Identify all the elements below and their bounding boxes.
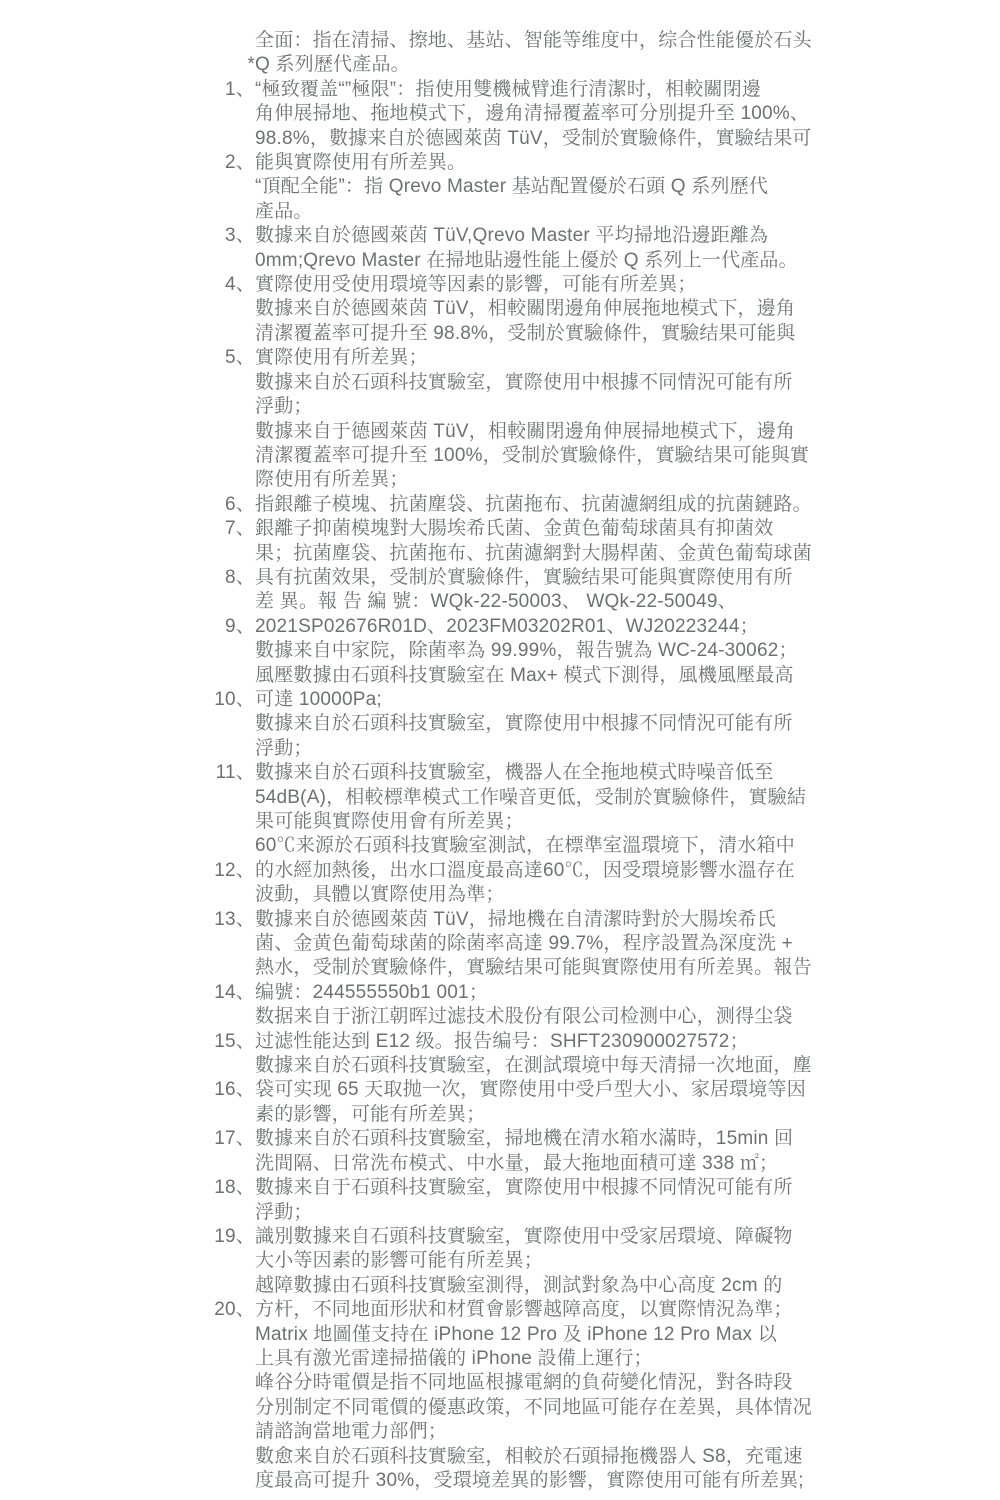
list-line: Matrix 地圖僅支持在 iPhone 12 Pro 及 iPhone 12 … [0,1323,1000,1347]
list-line-text: 60℃来源於石頭科技實驗室測試，在標準室溫環境下，清水箱中 [255,834,1000,858]
list-line: 17、數據来自於石頭科技實驗室，掃地機在清水箱水滿時，15min 回 [0,1127,1000,1151]
list-line: 1、“極致覆盖“”極限”：指使用雙機械臂進行清潔时，相較關閉邊 [0,78,1000,102]
list-marker: * [0,53,255,77]
list-line: 0mm;Qrevo Master 在掃地貼邊性能上優於 Q 系列上一代產品。 [0,249,1000,273]
list-line-text: 方杆，不同地面形狀和材質會影響越障高度，以實際情況為準； [255,1298,1000,1322]
list-line-text: 度最高可提升 30%，受環境差異的影響，實際使用可能有所差異; [255,1469,1000,1493]
list-line-text: 果可能與實際使用會有所差異； [255,810,1000,834]
list-line: 風壓數據由石頭科技實驗室在 Max+ 模式下測得，風機風壓最高 [0,664,1000,688]
list-line-text: 銀離子抑菌模塊對大腸埃希氏菌、金黄色葡萄球菌具有抑菌效 [255,517,1000,541]
list-line: 18、數據来自于石頭科技實驗室，實際使用中根據不同情況可能有所 [0,1176,1000,1200]
list-line: 12、的水經加熱後，出水口溫度最高達60℃，因受環境影響水溫存在 [0,859,1000,883]
list-line: 際使用有所差異； [0,468,1000,492]
list-marker: 10、 [0,688,255,712]
list-line-text: 數據来自於石頭科技實驗室，實際使用中根據不同情況可能有所 [255,712,1000,736]
list-line-text: 實際使用受使用環境等因素的影響，可能有所差異； [255,273,1000,297]
list-marker: 6、 [0,493,255,517]
list-marker: 8、 [0,566,255,590]
list-line: 20、方杆，不同地面形狀和材質會影響越障高度，以實際情況為準； [0,1298,1000,1322]
list-line: 清潔覆蓋率可提升至 98.8%，受制於實驗條件，實驗结果可能與 [0,322,1000,346]
list-line-text: 可達 10000Pa; [255,688,1000,712]
list-line: 波動，具體以實際使用為準； [0,883,1000,907]
list-line: 大小等因素的影響可能有所差異； [0,1249,1000,1273]
list-marker: 1、 [0,78,255,102]
list-line: 數據来自中家院，除菌率為 99.99%，報告號為 WC-24-30062； [0,639,1000,663]
list-line: 產品。 [0,200,1000,224]
list-line: 60℃来源於石頭科技實驗室測試，在標準室溫環境下，清水箱中 [0,834,1000,858]
list-marker: 15、 [0,1030,255,1054]
list-line: 14、编號：244555550b1 001； [0,981,1000,1005]
list-line-text: 数据来自于浙江朝晖过滤技术股份有限公司检测中心，测得尘袋 [255,1005,1000,1029]
list-line: 98.8%，數據来自於德國萊茵 TüV，受制於實驗條件，實驗结果可 [0,127,1000,151]
list-line: 11、數據来自於石頭科技實驗室，機器人在全拖地模式時噪音低至 [0,761,1000,785]
list-line-text: 識別數據来自石頭科技實驗室，實際使用中受家居環境、障礙物 [255,1225,1000,1249]
list-line-text: 請諮詢當地電力部們； [255,1420,1000,1444]
list-line-text: “極致覆盖“”極限”：指使用雙機械臂進行清潔时，相較關閉邊 [255,78,1000,102]
list-line: *Q 系列歷代產品。 [0,53,1000,77]
list-line: 13、數據来自於德國萊茵 TüV，掃地機在自清潔時對於大腸埃希氏 [0,908,1000,932]
list-line: 4、實際使用受使用環境等因素的影響，可能有所差異； [0,273,1000,297]
list-line: 請諮詢當地電力部們； [0,1420,1000,1444]
list-line: 19、識別數據来自石頭科技實驗室，實際使用中受家居環境、障礙物 [0,1225,1000,1249]
list-marker: 19、 [0,1225,255,1249]
list-marker: 20、 [0,1298,255,1322]
list-line-text: 上具有激光雷達掃描儀的 iPhone 設備上運行； [255,1347,1000,1371]
list-line-text: 波動，具體以實際使用為準； [255,883,1000,907]
list-line: 7、銀離子抑菌模塊對大腸埃希氏菌、金黄色葡萄球菌具有抑菌效 [0,517,1000,541]
list-marker: 11、 [0,761,255,785]
list-line: 浮動； [0,737,1000,761]
list-line-text: 果；抗菌塵袋、抗菌拖布、抗菌濾網對大腸桿菌、金黄色葡萄球菌 [255,542,1000,566]
list-line: 浮動； [0,1201,1000,1225]
list-line-text: 數據来自於德國萊茵 TüV，相較關閉邊角伸展拖地模式下，邊角 [255,297,1000,321]
list-line-text: 浮動； [255,395,1000,419]
list-marker: 17、 [0,1127,255,1151]
list-line-text: 浮動； [255,1201,1000,1225]
list-marker: 18、 [0,1176,255,1200]
list-line-text: 數據来自於石頭科技實驗室，在測試環境中每天清掃一次地面，塵 [255,1054,1000,1078]
list-line-text: 數據来自於德國萊茵 TüV，掃地機在自清潔時對於大腸埃希氏 [255,908,1000,932]
list-line-text: 數據来自於石頭科技實驗室，實際使用中根據不同情況可能有所 [255,371,1000,395]
list-line: 果；抗菌塵袋、抗菌拖布、抗菌濾網對大腸桿菌、金黄色葡萄球菌 [0,542,1000,566]
list-line: 15、过滤性能达到 E12 级。报告编号：SHFT230900027572； [0,1030,1000,1054]
list-line-text: 數據来自於石頭科技實驗室，掃地機在清水箱水滿時，15min 回 [255,1127,1000,1151]
list-marker: 3、 [0,224,255,248]
list-line: 16、袋可实现 65 天取抛一次，實際使用中受戶型大小、家居環境等因 [0,1078,1000,1102]
list-line-text: 差 異。報 告 編 號：WQk-22-50003、 WQk-22-50049、 [255,590,1000,614]
list-line-text: 全面：指在清掃、擦地、基站、智能等维度中，综合性能優於石头 [255,29,1000,53]
list-line: 素的影響，可能有所差異； [0,1103,1000,1127]
list-line: 角伸展掃地、拖地模式下，邊角清掃覆蓋率可分別提升至 100%、 [0,102,1000,126]
list-line: 數據来自于德國萊茵 TüV，相較關閉邊角伸展掃地模式下，邊角 [0,420,1000,444]
list-line-text: 2021SP02676R01D、2023FM03202R01、WJ2022324… [255,615,1000,639]
list-line-text: 風壓數據由石頭科技實驗室在 Max+ 模式下測得，風機風壓最高 [255,664,1000,688]
list-line-text: 數據来自中家院，除菌率為 99.99%，報告號為 WC-24-30062； [255,639,1000,663]
list-line: 9、2021SP02676R01D、2023FM03202R01、WJ20223… [0,615,1000,639]
list-line-text: 菌、金黄色葡萄球菌的除菌率高達 99.7%，程序設置為深度洗 + [255,932,1000,956]
list-line: 54dB(A)，相較標準模式工作噪音更低，受制於實驗條件，實驗結 [0,786,1000,810]
list-line: 果可能與實際使用會有所差異； [0,810,1000,834]
list-line-text: 實際使用有所差異； [255,346,1000,370]
list-line: 差 異。報 告 編 號：WQk-22-50003、 WQk-22-50049、 [0,590,1000,614]
list-line-text: 分別制定不同電價的優惠政策，不同地區可能存在差異，具体情况 [255,1396,1000,1420]
list-marker: 5、 [0,346,255,370]
list-line: 數愈来自於石頭科技實驗室，相較於石頭掃拖機器人 S8，充電速 [0,1445,1000,1469]
list-line-text: 编號：244555550b1 001； [255,981,1000,1005]
list-line-text: 袋可实现 65 天取抛一次，實際使用中受戶型大小、家居環境等因 [255,1078,1000,1102]
list-line-text: Matrix 地圖僅支持在 iPhone 12 Pro 及 iPhone 12 … [255,1323,1000,1347]
list-line-text: 數據来自于石頭科技實驗室，實際使用中根據不同情況可能有所 [255,1176,1000,1200]
list-marker: 16、 [0,1078,255,1102]
disclaimer-list: 全面：指在清掃、擦地、基站、智能等维度中，综合性能優於石头*Q 系列歷代產品。1… [0,29,1000,1493]
list-line-text: 熱水，受制於實驗條件，實驗结果可能與實際使用有所差異。報告 [255,956,1000,980]
list-line-text: 清潔覆蓋率可提升至 100%，受制於實驗條件，實驗结果可能與實 [255,444,1000,468]
list-line: 2、能與實際使用有所差異。 [0,151,1000,175]
list-line: 分別制定不同電價的優惠政策，不同地區可能存在差異，具体情况 [0,1396,1000,1420]
list-line: 3、數據来自於德國萊茵 TüV,Qrevo Master 平均掃地沿邊距離為 [0,224,1000,248]
list-line-text: 清潔覆蓋率可提升至 98.8%，受制於實驗條件，實驗结果可能與 [255,322,1000,346]
list-line-text: 角伸展掃地、拖地模式下，邊角清掃覆蓋率可分別提升至 100%、 [255,102,1000,126]
list-line-text: 指銀離子模塊、抗菌塵袋、抗菌拖布、抗菌濾網组成的抗菌鏈路。 [255,493,1000,517]
list-line-text: 过滤性能达到 E12 级。报告编号：SHFT230900027572； [255,1030,1000,1054]
list-line-text: 54dB(A)，相較標準模式工作噪音更低，受制於實驗條件，實驗結 [255,786,1000,810]
list-line-text: “頂配全能”：指 Qrevo Master 基站配置優於石頭 Q 系列歷代 [255,175,1000,199]
list-line-text: 具有抗菌效果，受制於實驗條件，實驗结果可能與實際使用有所 [255,566,1000,590]
list-line-text: 數據来自于德國萊茵 TüV，相較關閉邊角伸展掃地模式下，邊角 [255,420,1000,444]
list-line-text: 素的影響，可能有所差異； [255,1103,1000,1127]
list-line: 上具有激光雷達掃描儀的 iPhone 設備上運行； [0,1347,1000,1371]
list-marker: 12、 [0,859,255,883]
list-line-text: 98.8%，數據来自於德國萊茵 TüV，受制於實驗條件，實驗结果可 [255,127,1000,151]
list-line: 越障數據由石頭科技實驗室測得，測試對象為中心高度 2cm 的 [0,1274,1000,1298]
list-line: 洗間隔、日常洗布模式、中水量，最大拖地面積可達 338 ㎡； [0,1152,1000,1176]
list-line: 數據来自於石頭科技實驗室，在測試環境中每天清掃一次地面，塵 [0,1054,1000,1078]
list-marker: 9、 [0,615,255,639]
list-line-text: 的水經加熱後，出水口溫度最高達60℃，因受環境影響水溫存在 [255,859,1000,883]
list-marker: 4、 [0,273,255,297]
list-line-text: 越障數據由石頭科技實驗室測得，測試對象為中心高度 2cm 的 [255,1274,1000,1298]
list-line: 浮動； [0,395,1000,419]
list-line: 10、可達 10000Pa; [0,688,1000,712]
list-marker: 14、 [0,981,255,1005]
list-line-text: 能與實際使用有所差異。 [255,151,1000,175]
list-line: 清潔覆蓋率可提升至 100%，受制於實驗條件，實驗结果可能與實 [0,444,1000,468]
list-line: 全面：指在清掃、擦地、基站、智能等维度中，综合性能優於石头 [0,29,1000,53]
list-line-text: 0mm;Qrevo Master 在掃地貼邊性能上優於 Q 系列上一代產品。 [255,249,1000,273]
list-line-text: 大小等因素的影響可能有所差異； [255,1249,1000,1273]
list-marker: 2、 [0,151,255,175]
list-marker: 7、 [0,517,255,541]
list-line: 6、指銀離子模塊、抗菌塵袋、抗菌拖布、抗菌濾網组成的抗菌鏈路。 [0,493,1000,517]
list-line: 數據来自於石頭科技實驗室，實際使用中根據不同情況可能有所 [0,712,1000,736]
list-line: 5、實際使用有所差異； [0,346,1000,370]
list-line: 數據来自於德國萊茵 TüV，相較關閉邊角伸展拖地模式下，邊角 [0,297,1000,321]
list-line: 峰谷分時電價是指不同地區根據電網的負荷變化情況，對各時段 [0,1371,1000,1395]
list-line: “頂配全能”：指 Qrevo Master 基站配置優於石頭 Q 系列歷代 [0,175,1000,199]
list-line-text: 數愈来自於石頭科技實驗室，相較於石頭掃拖機器人 S8，充電速 [255,1445,1000,1469]
list-line-text: 浮動； [255,737,1000,761]
list-line: 数据来自于浙江朝晖过滤技术股份有限公司检测中心，测得尘袋 [0,1005,1000,1029]
list-line: 度最高可提升 30%，受環境差異的影響，實際使用可能有所差異; [0,1469,1000,1493]
list-line-text: 數據来自於石頭科技實驗室，機器人在全拖地模式時噪音低至 [255,761,1000,785]
list-line: 菌、金黄色葡萄球菌的除菌率高達 99.7%，程序設置為深度洗 + [0,932,1000,956]
list-line-text: 數據来自於德國萊茵 TüV,Qrevo Master 平均掃地沿邊距離為 [255,224,1000,248]
list-line: 熱水，受制於實驗條件，實驗结果可能與實際使用有所差異。報告 [0,956,1000,980]
list-marker: 13、 [0,908,255,932]
list-line-text: Q 系列歷代產品。 [255,53,1000,77]
list-line: 數據来自於石頭科技實驗室，實際使用中根據不同情況可能有所 [0,371,1000,395]
list-line-text: 峰谷分時電價是指不同地區根據電網的負荷變化情況，對各時段 [255,1371,1000,1395]
list-line-text: 洗間隔、日常洗布模式、中水量，最大拖地面積可達 338 ㎡； [255,1152,1000,1176]
list-line-text: 際使用有所差異； [255,468,1000,492]
list-line-text: 產品。 [255,200,1000,224]
list-line: 8、具有抗菌效果，受制於實驗條件，實驗结果可能與實際使用有所 [0,566,1000,590]
